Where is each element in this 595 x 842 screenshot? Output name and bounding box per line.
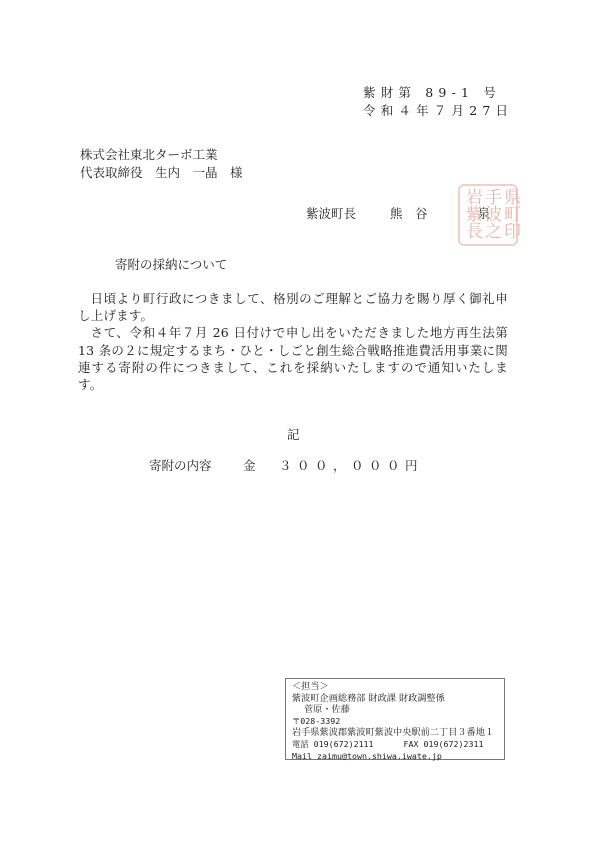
seal-column: 岩紫長	[462, 188, 481, 242]
sender-family-name: 熊 谷	[390, 205, 428, 223]
document-number: 紫財第 89-1 号	[363, 84, 513, 102]
sender-title: 紫波町長	[306, 205, 356, 223]
mail-address[interactable]: zaimu@town.shiwa.iwate.jp	[317, 751, 442, 761]
seal-text: 手波之	[481, 188, 500, 239]
body-paragraph: さて、令和４年７月 26 日付けで申し出をいただきました地方再生法第 13 条の…	[78, 324, 508, 393]
body-paragraph: 日頃より町行政につきまして、格別のご理解とご協力を賜り厚く御礼申し上げます。	[78, 290, 508, 324]
fax-number: 019(672)2311	[424, 739, 484, 749]
ki-heading: 記	[287, 425, 300, 443]
contact-mail: Mail zaimu@town.shiwa.iwate.jp	[292, 751, 498, 763]
addressee-representative: 代表取締役 生内 一晶 様	[80, 164, 243, 182]
seal-text: 岩紫長	[462, 188, 481, 239]
contact-phone-fax: 電話 019(672)2111 FAX 019(672)2311	[292, 739, 498, 751]
contact-address: 岩手県紫波郡紫波町紫波中央駅前二丁目３番地１	[292, 727, 498, 739]
donation-item: 寄附の内容 金 ３００，０００円	[149, 457, 423, 475]
subject-line: 寄附の採納について	[115, 256, 227, 274]
document-header-right: 紫財第 89-1 号 令和４年７月27日	[363, 84, 513, 120]
addressee-company: 株式会社東北ターボ工業	[80, 146, 243, 164]
donation-amount: 金 ３００，０００円	[243, 458, 423, 473]
contact-staff: 菅原・佐藤	[292, 704, 498, 716]
contact-box: ＜担当＞ 紫波町企画総務部 財政課 財政調整係 菅原・佐藤 〒028-3392 …	[285, 678, 505, 760]
phone-label: 電話	[292, 739, 309, 749]
seal-column: 手波之	[481, 188, 500, 242]
fax-label: FAX	[404, 739, 419, 749]
seal-column: 県町印	[500, 188, 519, 242]
donation-label: 寄附の内容	[149, 457, 239, 475]
contact-department: 紫波町企画総務部 財政課 財政調整係	[292, 693, 498, 705]
contact-heading: ＜担当＞	[292, 681, 498, 693]
phone-number: 019(672)2111	[314, 739, 374, 749]
addressee-block: 株式会社東北ターボ工業 代表取締役 生内 一晶 様	[80, 146, 243, 182]
body-text: 日頃より町行政につきまして、格別のご理解とご協力を賜り厚く御礼申し上げます。 さ…	[78, 290, 508, 393]
contact-postal: 〒028-3392	[292, 716, 498, 728]
mail-label: Mail	[292, 751, 312, 761]
official-seal-icon: 県町印 手波之 岩紫長	[458, 184, 518, 246]
document-date: 令和４年７月27日	[363, 102, 513, 120]
seal-text: 県町印	[500, 188, 519, 239]
